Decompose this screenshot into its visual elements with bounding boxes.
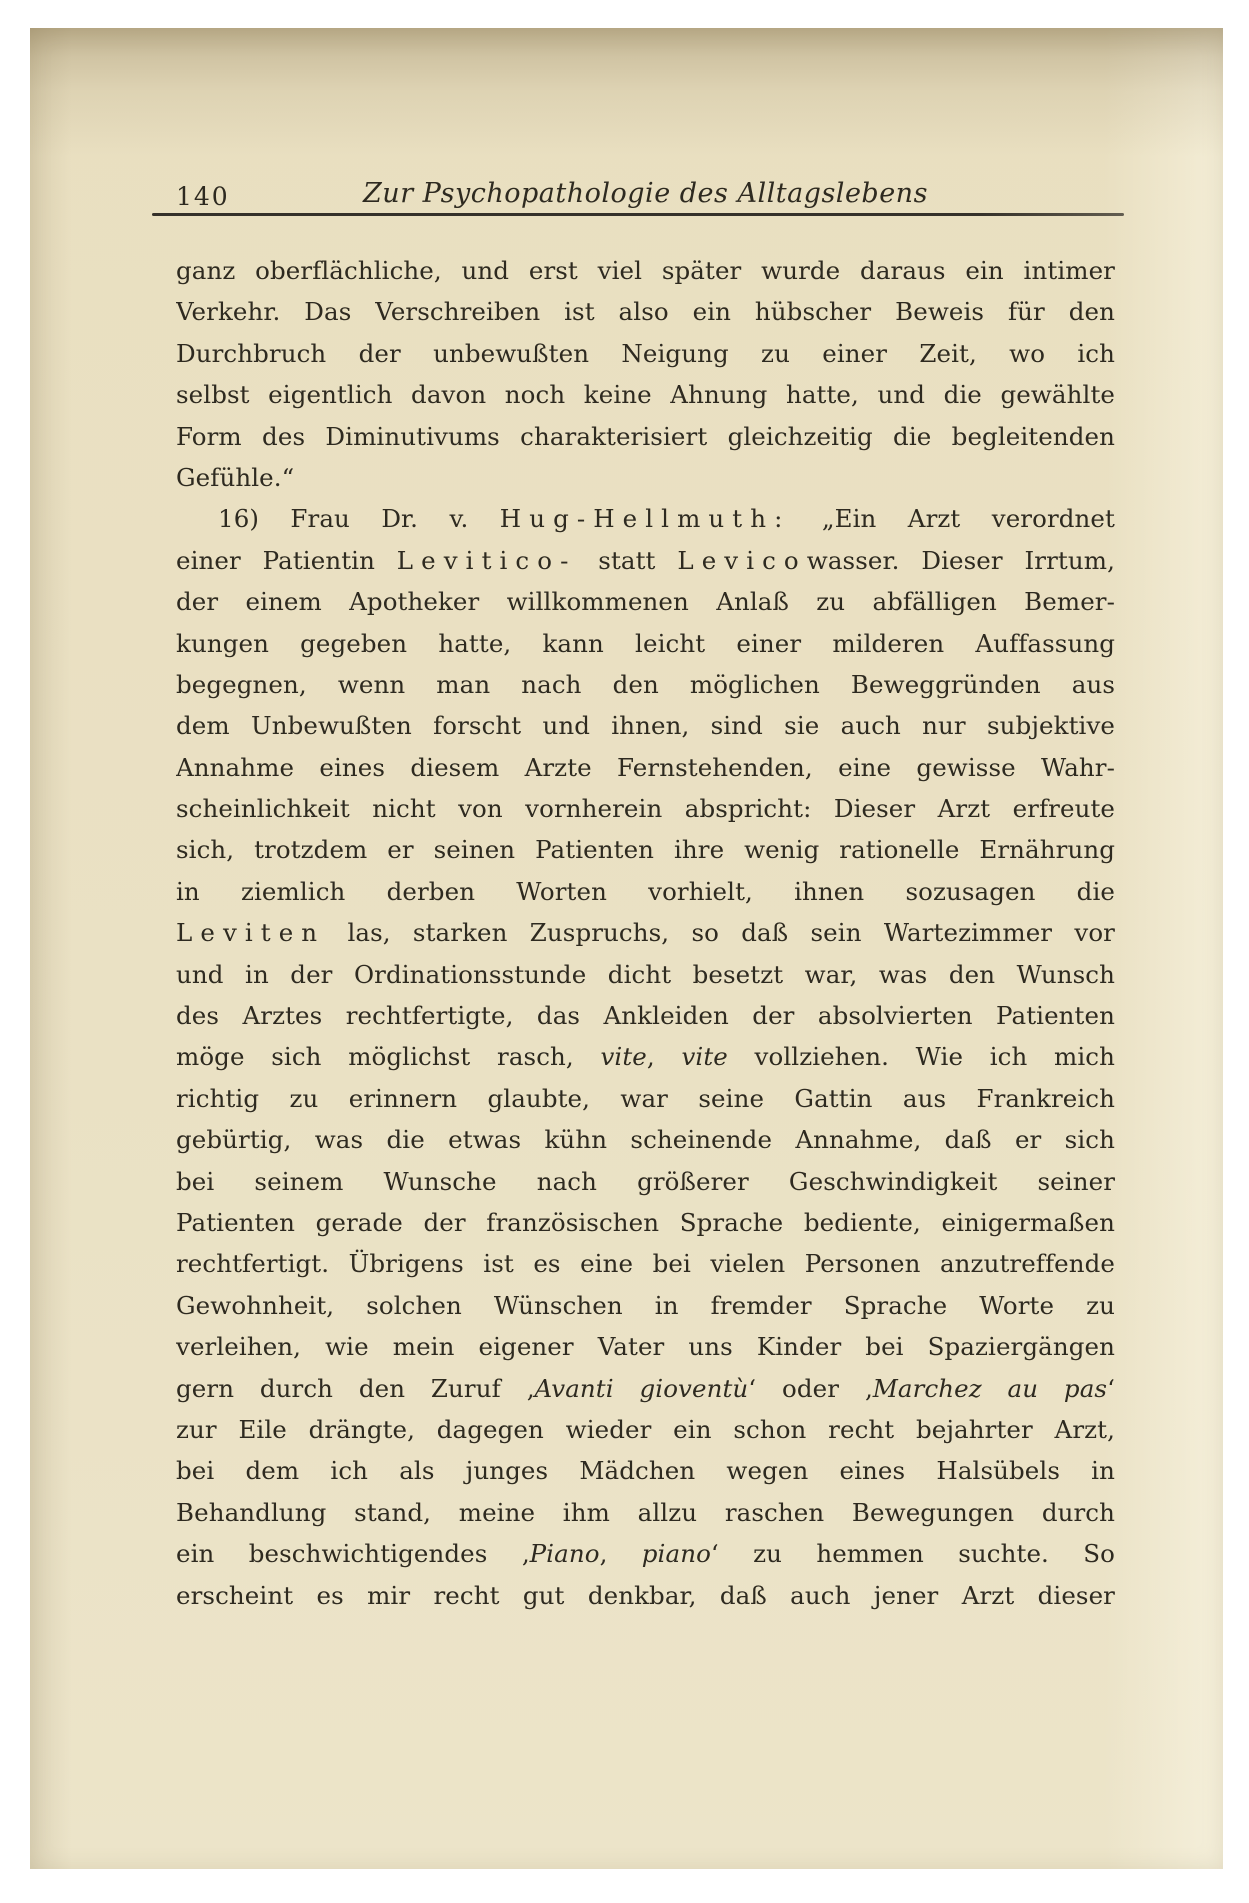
text-line: richtig zu erinnern glaubte, war seine G… [176, 1078, 1115, 1119]
text-line: bei seinem Wunsche nach größerer Geschwi… [176, 1161, 1115, 1202]
text-line: Gefühle.“ [176, 457, 1115, 498]
running-title: Zur Psychopathologie des Alltagslebens [176, 178, 1115, 209]
italic-text: piano [642, 1539, 711, 1568]
text-line: einer Patientin Levitico- statt Levicowa… [176, 540, 1115, 581]
text-line: des Arztes rechtfertigte, das Ankleiden … [176, 995, 1115, 1036]
text-line: kungen gegeben hatte, kann leicht einer … [176, 623, 1115, 664]
text-line: Behandlung stand, meine ihm allzu rasche… [176, 1492, 1115, 1533]
letterspaced-text: Levico [677, 546, 806, 575]
text-line: möge sich möglichst rasch, vite, vite vo… [176, 1036, 1115, 1077]
italic-text: Avanti gioventù [534, 1374, 748, 1403]
text-line: Durchbruch der unbewußten Neigung zu ein… [176, 333, 1115, 374]
text-segment: ein beschwichtigendes ‚ [176, 1539, 530, 1568]
text-segment: Gefühle.“ [176, 463, 294, 492]
text-segment: , [600, 1539, 642, 1568]
text-segment: ‘ zu hemmen suchte. So [711, 1539, 1115, 1568]
text-line: rechtfertigt. Übrigens ist es eine bei v… [176, 1243, 1115, 1284]
header-rule [152, 213, 1124, 216]
text-segment: Verkehr. Das Verschreiben ist also ein h… [176, 297, 1115, 326]
text-segment: erscheint es mir recht gut denkbar, daß … [176, 1581, 1115, 1610]
text-line: gebürtig, was die etwas kühn scheinende … [176, 1119, 1115, 1160]
text-segment: ganz oberflächliche, und erst viel späte… [176, 256, 1115, 285]
text-segment: richtig zu erinnern glaubte, war seine G… [176, 1084, 1115, 1113]
text-segment: las, starken Zuspruchs, so daß sein Wart… [325, 918, 1115, 947]
text-segment: Form des Diminutivums charakterisiert gl… [176, 422, 1115, 451]
text-segment: gebürtig, was die etwas kühn scheinende … [176, 1125, 1115, 1154]
text-line: erscheint es mir recht gut denkbar, daß … [176, 1575, 1115, 1616]
text-line: bei dem ich als junges Mädchen wegen ein… [176, 1450, 1115, 1491]
text-segment: sich, trotzdem er seinen Patienten ihre … [176, 835, 1115, 864]
text-line: begegnen, wenn man nach den möglichen Be… [176, 664, 1115, 705]
text-line: gern durch den Zuruf ‚Avanti gioventù‘ o… [176, 1368, 1115, 1409]
text-line: Annahme eines diesem Arzte Fernstehenden… [176, 747, 1115, 788]
text-segment: dem Unbewußten forscht und ihnen, sind s… [176, 711, 1115, 740]
text-segment: Durchbruch der unbewußten Neigung zu ein… [176, 339, 1115, 368]
text-segment: kungen gegeben hatte, kann leicht einer … [176, 629, 1115, 658]
text-line: ganz oberflächliche, und erst viel späte… [176, 250, 1115, 291]
screenshot-canvas: 140 Zur Psychopathologie des Alltagslebe… [0, 0, 1249, 1903]
text-segment: und in der Ordinationsstunde dicht beset… [176, 960, 1115, 989]
letterspaced-text: Hug-Hellmuth: [500, 504, 791, 533]
italic-text: vite [600, 1042, 646, 1071]
text-segment: zur Eile drängte, dagegen wieder ein sch… [176, 1415, 1115, 1444]
text-segment: , [647, 1042, 682, 1071]
text-line: verleihen, wie mein eigener Vater uns Ki… [176, 1326, 1115, 1367]
text-line: selbst eigentlich davon noch keine Ahnun… [176, 374, 1115, 415]
italic-text: vite [681, 1042, 727, 1071]
text-segment: Behandlung stand, meine ihm allzu rasche… [176, 1498, 1115, 1527]
text-line: Verkehr. Das Verschreiben ist also ein h… [176, 291, 1115, 332]
text-segment: Patienten gerade der französischen Sprac… [176, 1208, 1115, 1237]
book-page-scan: 140 Zur Psychopathologie des Alltagslebe… [30, 28, 1223, 1869]
text-segment: möge sich möglichst rasch, [176, 1042, 600, 1071]
text-line: in ziemlich derben Worten vorhielt, ihne… [176, 871, 1115, 912]
text-segment: des Arztes rechtfertigte, das Ankleiden … [176, 1001, 1115, 1030]
text-line: der einem Apotheker willkommenen Anlaß z… [176, 581, 1115, 622]
text-segment: der einem Apotheker willkommenen Anlaß z… [176, 587, 1115, 616]
text-segment: bei dem ich als junges Mädchen wegen ein… [176, 1456, 1115, 1485]
text-line: ein beschwichtigendes ‚Piano, piano‘ zu … [176, 1533, 1115, 1574]
text-segment: gern durch den Zuruf ‚ [176, 1374, 534, 1403]
letterspaced-text: Leviten [176, 918, 325, 947]
text-segment: einer Patientin [176, 546, 397, 575]
text-line: Leviten las, starken Zuspruchs, so daß s… [176, 912, 1115, 953]
text-line: dem Unbewußten forscht und ihnen, sind s… [176, 705, 1115, 746]
text-segment: rechtfertigt. Übrigens ist es eine bei v… [176, 1249, 1115, 1278]
text-segment: verleihen, wie mein eigener Vater uns Ki… [176, 1332, 1115, 1361]
text-segment: scheinlichkeit nicht von vornherein absp… [176, 794, 1115, 823]
text-segment: statt [576, 546, 677, 575]
body-text: ganz oberflächliche, und erst viel späte… [176, 250, 1115, 1616]
text-segment: 16) Frau Dr. v. [218, 504, 500, 533]
italic-text: Piano [530, 1539, 600, 1568]
text-line: Patienten gerade der französischen Sprac… [176, 1202, 1115, 1243]
text-segment: wasser. Dieser Irrtum, [807, 546, 1115, 575]
text-segment: Gewohnheit, solchen Wünschen in fremder … [176, 1291, 1115, 1320]
text-line: Form des Diminutivums charakterisiert gl… [176, 416, 1115, 457]
text-line: zur Eile drängte, dagegen wieder ein sch… [176, 1409, 1115, 1450]
text-segment: selbst eigentlich davon noch keine Ahnun… [176, 380, 1115, 409]
text-segment: „Ein Arzt verordnet [790, 504, 1115, 533]
letterspaced-text: Levitico- [397, 546, 577, 575]
text-line: 16) Frau Dr. v. Hug-Hellmuth: „Ein Arzt … [176, 498, 1115, 539]
italic-text: Marchez au pas [873, 1374, 1107, 1403]
text-segment: in ziemlich derben Worten vorhielt, ihne… [176, 877, 1115, 906]
text-line: und in der Ordinationsstunde dicht beset… [176, 954, 1115, 995]
text-segment: Annahme eines diesem Arzte Fernstehenden… [176, 753, 1115, 782]
text-segment: vollziehen. Wie ich mich [728, 1042, 1115, 1071]
text-segment: ‘ oder ‚ [748, 1374, 872, 1403]
text-line: sich, trotzdem er seinen Patienten ihre … [176, 829, 1115, 870]
text-line: Gewohnheit, solchen Wünschen in fremder … [176, 1285, 1115, 1326]
text-segment: bei seinem Wunsche nach größerer Geschwi… [176, 1167, 1115, 1196]
text-segment: begegnen, wenn man nach den möglichen Be… [176, 670, 1115, 699]
text-segment: ‘ [1107, 1374, 1115, 1403]
text-line: scheinlichkeit nicht von vornherein absp… [176, 788, 1115, 829]
